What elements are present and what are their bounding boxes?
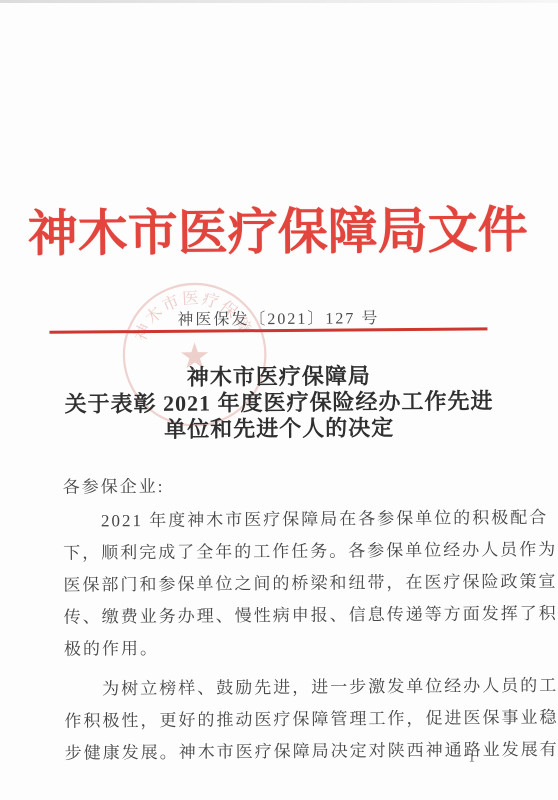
- red-letterhead-title: 神木市医疗保障局文件: [0, 190, 557, 266]
- body-line: 为树立榜样、鼓励先进，进一步激发单位经办人员的工: [64, 670, 500, 705]
- document-title-line2: 关于表彰 2021 年度医疗保险经办工作先进: [30, 388, 528, 418]
- body-line: 作积极性，更好的推动医疗保障管理工作，促进医保事业稳: [64, 702, 500, 737]
- document-title-line1: 神木市医疗保障局: [30, 362, 528, 392]
- document-body: 各参保企业: 2021 年度神木市医疗保障局在各参保单位的积极配合 下，顺利完成…: [63, 468, 501, 769]
- document-title-line3: 单位和先进个人的决定: [30, 414, 528, 444]
- paragraph-2: 为树立榜样、鼓励先进，进一步激发单位经办人员的工 作积极性，更好的推动医疗保障管…: [64, 670, 501, 769]
- body-line: 传、缴费业务办理、慢性病申报、信息传递等方面发挥了积: [64, 598, 500, 633]
- page-number: 1: [469, 750, 475, 765]
- body-line: 2021 年度神木市医疗保障局在各参保单位的积极配合: [63, 502, 499, 537]
- body-line: 医保部门和参保单位之间的桥梁和纽带，在医疗保险政策宣: [63, 566, 499, 601]
- body-line: 极的作用。: [64, 630, 500, 665]
- body-line: 步健康发展。神木市医疗保障局决定对陕西神通路业发展有: [65, 734, 501, 769]
- salutation: 各参保企业:: [63, 468, 499, 503]
- paragraph-1: 2021 年度神木市医疗保障局在各参保单位的积极配合 下，顺利完成了全年的工作任…: [63, 502, 500, 665]
- document-page: 神木市医疗保障局文件 神木市医疗保障局 神医保发〔2021〕127 号 神木市医…: [0, 0, 558, 800]
- document-title: 神木市医疗保障局 关于表彰 2021 年度医疗保险经办工作先进 单位和先进个人的…: [30, 362, 529, 444]
- body-line: 下，顺利完成了全年的工作任务。各参保单位经办人员作为: [63, 534, 499, 569]
